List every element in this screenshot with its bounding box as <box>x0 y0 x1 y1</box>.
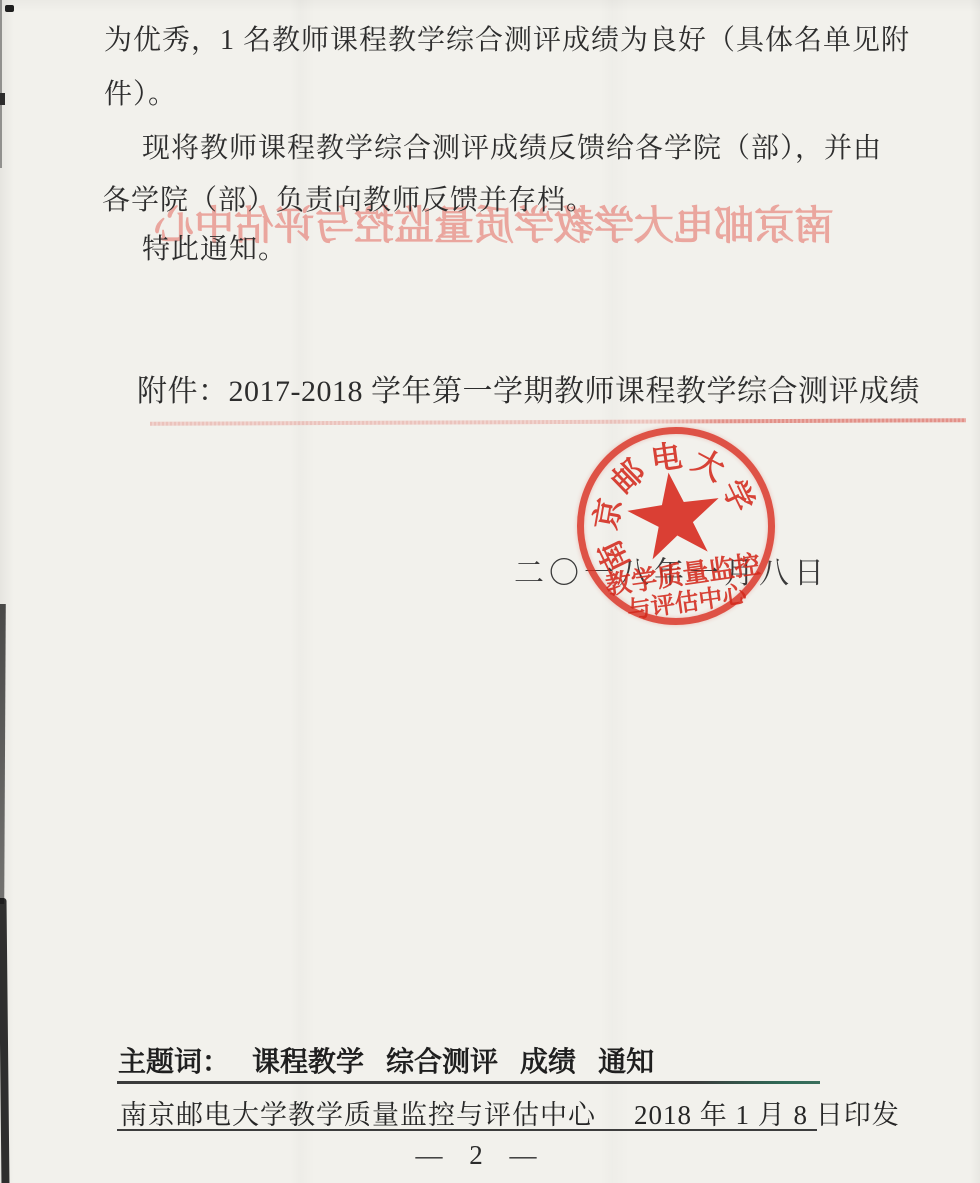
keyword: 成绩 <box>520 1046 576 1077</box>
publisher-name: 南京邮电大学教学质量监控与评估中心 <box>120 1100 596 1130</box>
official-seal: 南 京 邮 电 大 学 教学质量监控 与评估中心 <box>564 414 788 638</box>
scan-edge-shadow <box>0 0 2 168</box>
footer-divider-top <box>117 1081 820 1084</box>
scan-edge-shadow <box>0 604 6 904</box>
print-date: 2018 年 1 月 8 日印发 <box>634 1100 900 1130</box>
scan-edge-shadow <box>0 898 10 1183</box>
keyword: 综合测评 <box>386 1046 498 1077</box>
subject-keywords-line: 主题词：课程教学综合测评成绩通知 <box>118 1040 654 1080</box>
body-line-notice: 特此通知。 <box>142 227 287 267</box>
body-line: 为优秀，1 名教师课程教学综合测评成绩为良好（具体名单见附 <box>104 18 910 58</box>
bleedthrough-red-line <box>150 418 966 426</box>
body-line: 件）。 <box>104 72 177 112</box>
scan-speck <box>5 5 14 12</box>
body-line: 现将教师课程教学综合测评成绩反馈给各学院（部），并由 <box>142 126 882 166</box>
scanned-page: 南京邮电大学教学质量监控与评估中心 为优秀，1 名教师课程教学综合测评成绩为良好… <box>0 0 980 1183</box>
seal-arc-char: 电 <box>647 430 684 479</box>
scan-speck <box>0 93 5 105</box>
keyword: 通知 <box>598 1046 654 1077</box>
footer-divider-bottom <box>117 1129 817 1131</box>
publisher-line: 南京邮电大学教学质量监控与评估中心2018 年 1 月 8 日印发 <box>120 1093 900 1132</box>
attachment-line: 附件：2017-2018 学年第一学期教师课程教学综合测评成绩 <box>137 366 920 410</box>
body-line: 各学院（部）负责向教师反馈并存档。 <box>102 178 595 218</box>
keyword: 课程教学 <box>252 1046 364 1077</box>
keywords-label: 主题词： <box>118 1046 230 1077</box>
page-number: — 2 — <box>367 1140 587 1171</box>
